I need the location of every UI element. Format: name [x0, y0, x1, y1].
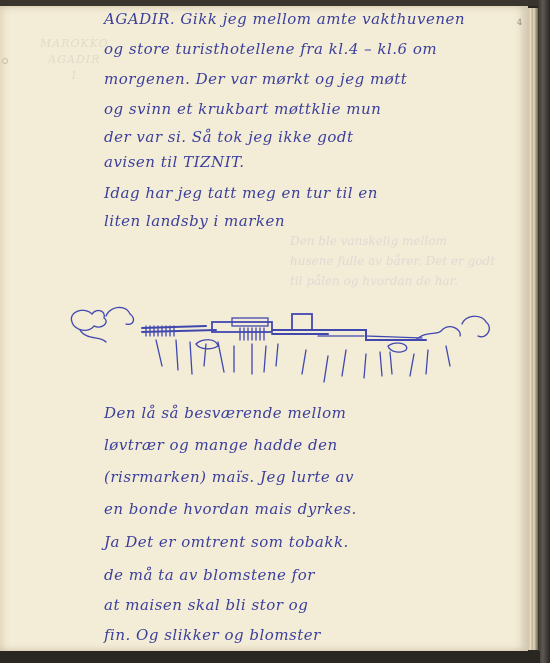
scan-bottom-edge — [0, 651, 540, 663]
ghost-stamp-line: 1 — [40, 68, 109, 84]
handwritten-line: løvtrær og mange hadde den — [104, 436, 338, 454]
handwritten-line: de må ta av blomstene for — [104, 566, 315, 584]
ghost-stamp-line: AGADIR — [40, 52, 109, 68]
village-sketch — [66, 300, 506, 390]
handwritten-line: at maisen skal bli stor og — [104, 596, 308, 614]
handwritten-line: og store turisthotellene fra kl.4 – kl.6… — [104, 40, 437, 58]
handwritten-line: (risrmarken) maïs. Jeg lurte av — [104, 468, 354, 486]
handwritten-line: der var si. Så tok jeg ikke godt — [104, 128, 354, 146]
handwritten-line: liten landsby i marken — [104, 212, 285, 230]
ghost-text-line: husene fulle av bårer. Det er godt — [290, 251, 510, 271]
page-stack-edge — [528, 8, 538, 650]
handwritten-line: morgenen. Der var mørkt og jeg møtt — [104, 70, 407, 88]
handwritten-line: Den lå så besværende mellom — [104, 404, 346, 422]
handwritten-line: avisen til TIZNIT. — [104, 153, 245, 171]
handwritten-line: AGADIR. Gikk jeg mellom amte vakthuvenen — [104, 10, 465, 28]
handwritten-line: en bonde hvordan mais dyrkes. — [104, 500, 357, 518]
ghost-text-line: til pålen og hvordan de har. — [290, 271, 510, 291]
binding-hole — [2, 58, 8, 64]
tree-shape — [71, 310, 106, 330]
handwritten-line: fin. Og slikker og blomster — [104, 626, 321, 644]
ghost-stamp-line: MAROKKO — [40, 36, 109, 52]
bleed-through-text: Den ble vanskelig mellom husene fulle av… — [290, 231, 510, 291]
handwritten-line: Idag har jeg tatt meg en tur til en — [104, 184, 378, 202]
book-spine — [538, 0, 550, 663]
page-number: 4 — [517, 18, 522, 27]
handwritten-line: Ja Det er omtrent som tobakk. — [104, 533, 349, 551]
ghost-text-line: Den ble vanskelig mellom — [290, 231, 510, 251]
bleed-through-stamp: MAROKKO AGADIR 1 — [40, 36, 109, 84]
handwritten-line: og svinn et krukbart møttklie mun — [104, 100, 381, 118]
